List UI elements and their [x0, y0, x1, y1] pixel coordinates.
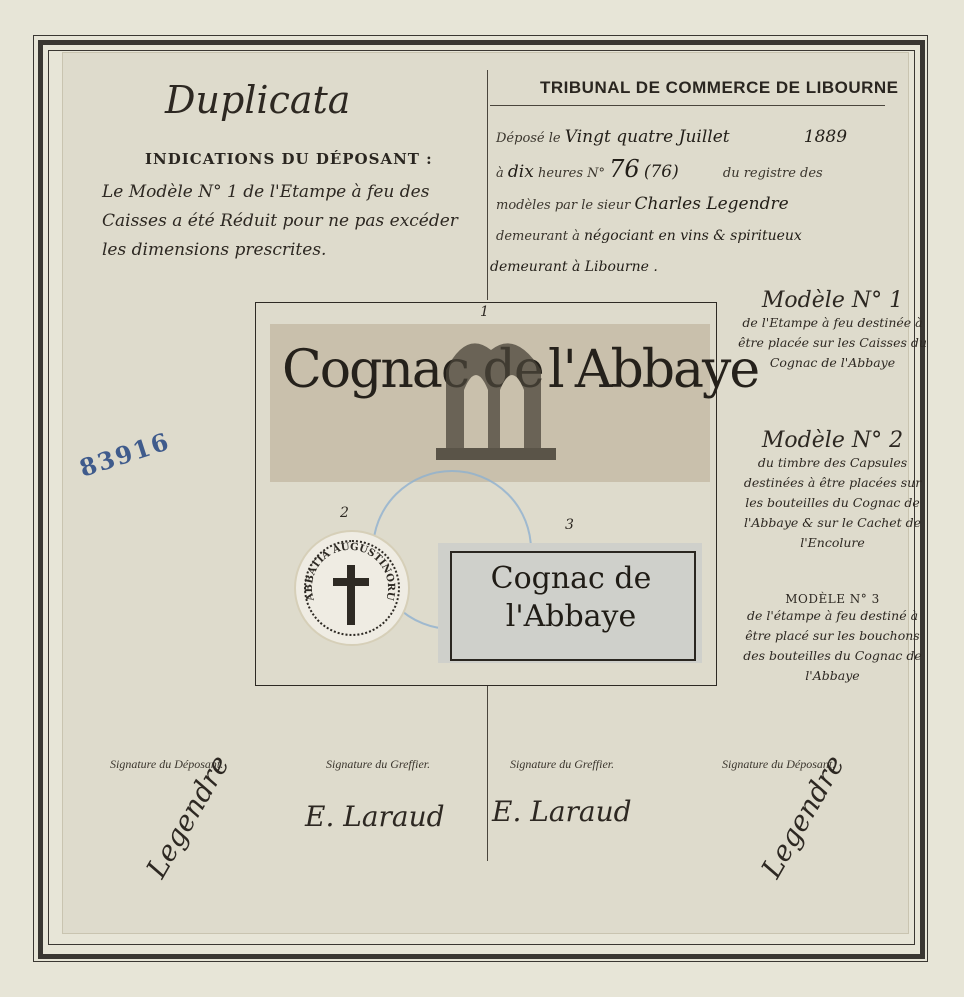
- residence-value: demeurant à Libourne .: [490, 259, 658, 275]
- depositor-name: Charles Legendre: [634, 194, 788, 214]
- model-1-title: Modèle N° 1: [735, 288, 930, 313]
- model-3-text: Cognac de l'Abbaye: [455, 560, 687, 636]
- year-value: 1889: [804, 127, 847, 147]
- signature-greffier-left: E. Laraud: [305, 800, 445, 833]
- signature-label-greffier-left: Signature du Greffier.: [326, 757, 430, 772]
- seal-inscription: ABBATIA AUGUSTINORUM: [294, 530, 406, 642]
- a-label: à: [496, 166, 504, 181]
- model-2-text: du timbre des Capsules destinées à être …: [735, 453, 930, 553]
- label-number-3: 3: [565, 517, 574, 533]
- number-value: 76: [609, 155, 640, 183]
- hour-value: dix: [508, 162, 534, 182]
- date-value: Vingt quatre Juillet: [565, 127, 730, 147]
- model-1-text: de l'Etampe à feu destinée à être placée…: [735, 313, 930, 373]
- tribunal-title: TRIBUNAL DE COMMERCE DE LIBOURNE: [540, 78, 899, 98]
- depositor-note: Le Modèle N° 1 de l'Etampe à feu des Cai…: [102, 178, 482, 265]
- svg-text:ABBATIA AUGUSTINORUM: ABBATIA AUGUSTINORUM: [294, 530, 396, 603]
- modeles-label: modèles par le sieur: [496, 198, 630, 213]
- model-2-description: Modèle N° 2 du timbre des Capsules desti…: [735, 428, 930, 553]
- title-underline: [490, 105, 885, 106]
- model-2-title: Modèle N° 2: [735, 428, 930, 453]
- indications-title: INDICATIONS DU DÉPOSANT :: [145, 150, 433, 168]
- label-number-1: 1: [480, 304, 489, 320]
- signature-label-greffier-right: Signature du Greffier.: [510, 757, 614, 772]
- model-1-text-right: l'Abbaye: [548, 340, 758, 400]
- duplicata-mark: Duplicata: [165, 78, 350, 122]
- heures-label: heures N°: [538, 166, 605, 181]
- model-3-title: MODÈLE N° 3: [735, 592, 930, 606]
- abbey-ruins-icon: [436, 330, 556, 465]
- center-divider-top: [487, 70, 488, 300]
- model-3-line-2: l'Abbaye: [455, 598, 687, 636]
- model-3-description: MODÈLE N° 3 de l'étampe à feu destiné à …: [735, 592, 930, 686]
- demeurant-label: demeurant à: [496, 229, 580, 244]
- center-divider-bottom: [487, 686, 488, 861]
- registre-label: du registre des: [723, 166, 823, 181]
- number-paren: (76): [644, 162, 679, 182]
- occupation-value: négociant en vins & spiritueux: [584, 228, 802, 244]
- model-1-description: Modèle N° 1 de l'Etampe à feu destinée à…: [735, 288, 930, 373]
- model-3-line-1: Cognac de: [455, 560, 687, 598]
- deposit-form: Déposé le Vingt quatre Juillet 1889 à di…: [496, 122, 906, 283]
- label-number-2: 2: [340, 505, 349, 521]
- depose-label: Déposé le: [496, 131, 561, 146]
- model-3-desc-text: de l'étampe à feu destiné à être placé s…: [735, 606, 930, 686]
- signature-greffier-right: E. Laraud: [492, 795, 632, 828]
